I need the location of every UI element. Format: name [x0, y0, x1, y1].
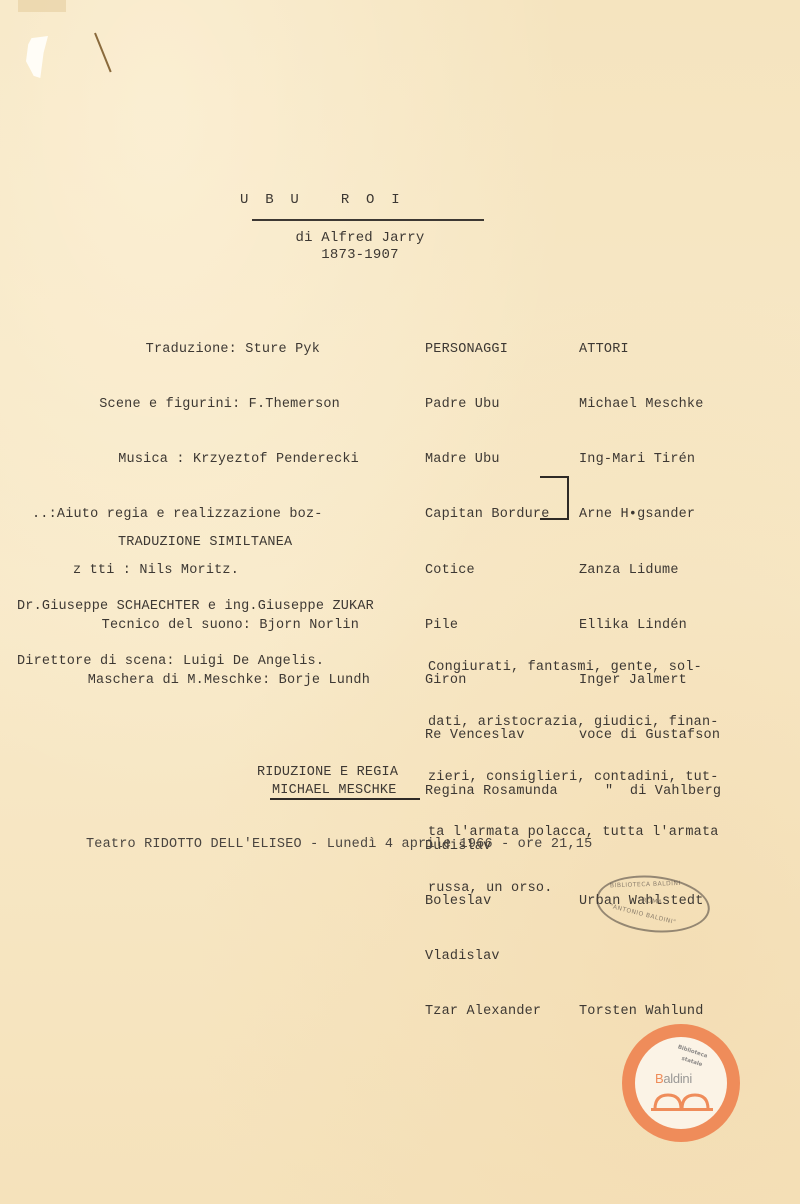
open-book-icon	[651, 1091, 713, 1113]
direction-heading: RIDUZIONE E REGIA	[257, 764, 398, 782]
cast-row: Vladislav	[425, 948, 785, 966]
simultaneous-translation-heading: TRADUZIONE SIMILTANEA	[118, 534, 292, 552]
title-underline	[252, 219, 484, 221]
role: Cotice	[425, 562, 579, 580]
cast-row: Madre UbuIng-Mari Tirén	[425, 451, 785, 469]
author-line: di Alfred Jarry	[295, 230, 424, 246]
crowd-line: Congiurati, fantasmi, gente, sol-	[428, 659, 719, 677]
venue-date-line: Teatro RIDOTTO DELL'ELISEO - Lunedì 4 ap…	[86, 836, 592, 854]
tape-mark	[18, 0, 66, 12]
cast-header: PERSONAGGI ATTORI	[425, 341, 785, 359]
play-subtitle: di Alfred Jarry 1873-1907	[200, 230, 520, 264]
document-page: U B U R O I di Alfred Jarry 1873-1907 Tr…	[0, 0, 800, 1204]
baldini-library-logo: Biblioteca statale Baldini	[622, 1024, 740, 1142]
paper-hole	[26, 36, 48, 78]
actor: Zanza Lidume	[579, 562, 785, 580]
director-underline	[270, 798, 420, 800]
actor: Ing-Mari Tirén	[579, 451, 785, 469]
role: Vladislav	[425, 948, 579, 966]
grouping-bracket	[540, 476, 570, 520]
role: Tzar Alexander	[425, 1003, 579, 1021]
credit-line: Musica : Krzyeztof Penderecki	[40, 451, 380, 469]
logo-name: Baldini	[655, 1071, 692, 1086]
stamp-bottom-text: "ANTONIO BALDINI"	[609, 903, 677, 926]
actor: Michael Meschke	[579, 396, 785, 414]
simultaneous-translation-lines: Dr.Giuseppe SCHAECHTER e ing.Giuseppe ZU…	[17, 561, 374, 708]
header-role: PERSONAGGI	[425, 341, 579, 359]
cast-row: Tzar AlexanderTorsten Wahlund	[425, 1003, 785, 1021]
header-actor: ATTORI	[579, 341, 785, 359]
cast-row: Padre UbuMichael Meschke	[425, 396, 785, 414]
play-title: U B U R O I	[240, 191, 485, 209]
credit-line: Scene e figurini: F.Themerson	[40, 396, 380, 414]
cast-row: Capitan BordureArne H•gsander	[425, 506, 785, 524]
author-years: 1873-1907	[321, 247, 398, 263]
stamp-middle-text: ROMA	[642, 897, 663, 906]
actor: Torsten Wahlund	[579, 1003, 785, 1021]
credit-line: ..:Aiuto regia e realizzazione boz-	[32, 506, 380, 524]
role: Madre Ubu	[425, 451, 579, 469]
cast-row: CoticeZanza Lidume	[425, 562, 785, 580]
crowd-line: dati, aristocrazia, giudici, finan-	[428, 714, 719, 732]
translation-line: Dr.Giuseppe SCHAECHTER e ing.Giuseppe ZU…	[17, 598, 374, 616]
role: Padre Ubu	[425, 396, 579, 414]
credit-line: Traduzione: Sture Pyk	[40, 341, 380, 359]
ink-scratch	[94, 33, 112, 73]
actor: Arne H•gsander	[579, 506, 785, 524]
translation-line: Direttore di scena: Luigi De Angelis.	[17, 653, 374, 671]
actor	[579, 948, 785, 966]
stamp-top-text: BIBLIOTECA BALDINI	[610, 880, 681, 889]
crowd-line: zieri, consiglieri, contadini, tut-	[428, 769, 719, 787]
